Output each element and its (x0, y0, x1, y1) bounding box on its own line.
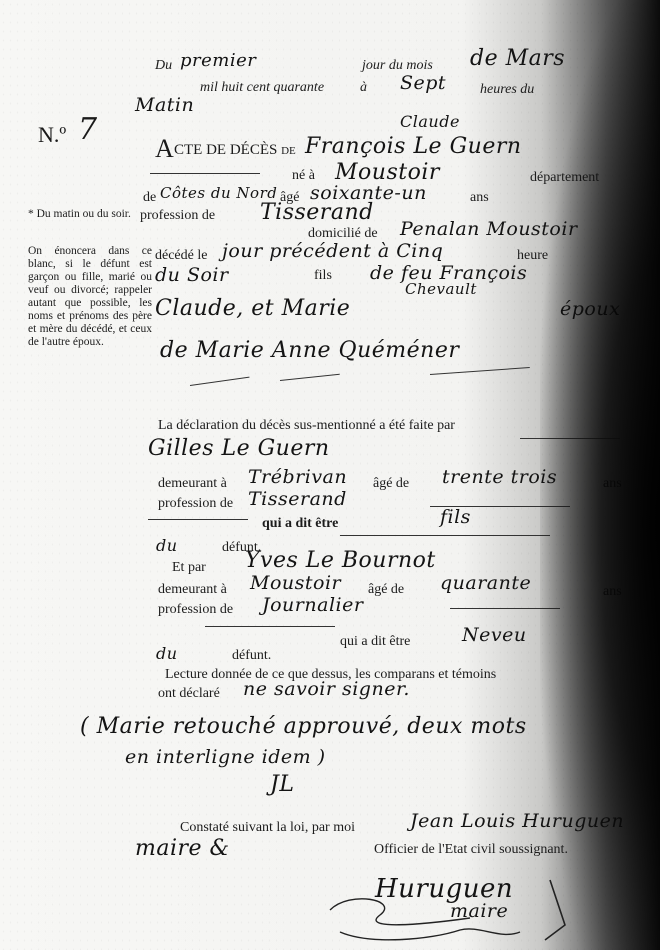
signature-flourish (310, 870, 590, 950)
header-du-label: Du (155, 58, 172, 74)
constate-label: Constaté suivant la loi, par moi (180, 820, 355, 836)
officier-label: Officier de l'Etat civil soussignant. (374, 842, 568, 858)
officer-name-hand: Jean Louis Huruguen (410, 810, 624, 832)
parents-insert-hand: Chevault (405, 280, 477, 298)
declarant1-age-label: âgé de (373, 476, 409, 492)
deceased-name-insert: Claude (400, 112, 460, 131)
declarant1-relation-label: qui a dit être (262, 516, 338, 532)
header-heures-label: heures du (480, 82, 534, 98)
declarant2-du-hand: du (156, 644, 178, 663)
fill-line (205, 626, 335, 627)
annotation-line2-hand: en interligne idem ) (125, 746, 326, 768)
act-number-value: 7 (78, 112, 97, 147)
declarant1-profession-hand: Tisserand (248, 488, 347, 510)
declarant2-relation-hand: Neveu (462, 624, 527, 646)
domicile-hand: Penalan Moustoir (400, 218, 578, 240)
fill-line (190, 377, 250, 386)
declarant2-profession-hand: Journalier (262, 594, 363, 616)
profession-hand: Tisserand (260, 200, 374, 225)
declarant1-profession-label: profession de (158, 496, 233, 512)
declarant2-name-hand: Yves Le Bournot (245, 548, 436, 573)
declarant2-residence-hand: Moustoir (250, 572, 341, 594)
fill-line (340, 535, 550, 536)
fill-line (450, 608, 560, 609)
declarant1-ans-label: ans (603, 476, 622, 492)
de-label: de (143, 190, 156, 206)
declarant1-relation-hand: fils (440, 506, 471, 528)
declaration-intro: La déclaration du décès sus-mentionné a … (158, 418, 455, 434)
header-a-label: à (360, 80, 367, 96)
margin-note-asterisk: * Du matin ou du soir. (28, 208, 148, 221)
title-text: CTE DE DÉCÈS de (174, 142, 296, 159)
fill-line (148, 519, 248, 520)
header-month-hand: de Mars (470, 46, 565, 71)
declarant2-age-label: âgé de (368, 582, 404, 598)
declarant2-et-par-label: Et par (172, 560, 206, 576)
reading-line2-hand: ne savoir signer. (243, 678, 410, 700)
title-underline (150, 173, 260, 174)
death-date-hand: jour précédent à Cinq (222, 240, 443, 262)
declarant2-relation-label: qui a dit être (340, 634, 410, 650)
header-hour-hand: Sept (400, 72, 446, 94)
page-gutter-shadow (540, 0, 660, 950)
parents-line3-hand: de Marie Anne Quéméner (160, 338, 459, 363)
deceased-name-hand: François Le Guern (305, 134, 522, 159)
parents-line2-end-hand: époux (560, 298, 620, 320)
declarant2-age-hand: quarante (440, 572, 531, 594)
fill-line (280, 374, 340, 381)
declarant2-profession-label: profession de (158, 602, 233, 618)
declarant2-defunt-label: défunt. (232, 648, 271, 664)
fill-line (430, 367, 530, 375)
declarant2-ans-label: ans (603, 584, 622, 600)
declarant1-residence-hand: Trébrivan (248, 466, 347, 488)
declarant1-name-hand: Gilles Le Guern (148, 436, 330, 461)
profession-label: profession de (140, 208, 215, 224)
header-day-hand: premier (180, 50, 256, 71)
parents-line2-hand: Claude, et Marie (155, 296, 350, 321)
declarant1-age-hand: trente trois (442, 466, 557, 488)
maire-hand: maire & (135, 836, 230, 861)
margin-note-instruction: On énoncera dans ce blanc, si le défunt … (28, 245, 152, 349)
annotation-initials-hand: JL (270, 772, 294, 797)
departement-label: département (530, 170, 599, 186)
document-page: Du premier jour du mois de Mars mil huit… (0, 0, 660, 950)
decede-label: décédé le (155, 248, 207, 264)
fils-label: fils (314, 268, 332, 284)
fill-line (520, 438, 620, 439)
declarant2-demeurant-label: demeurant à (158, 582, 227, 598)
ans-label: ans (470, 190, 489, 206)
act-number-label: N.º (38, 122, 66, 148)
header-year-printed: mil huit cent quarante (200, 80, 324, 96)
header-time-of-day-hand: Matin (135, 94, 194, 116)
annotation-line1-hand: ( Marie retouché approuvé, deux mots (80, 714, 527, 739)
time-hand: du Soir (155, 264, 229, 286)
declarant1-du-hand: du (156, 536, 178, 555)
declarant1-demeurant-label: demeurant à (158, 476, 227, 492)
reading-line2-label: ont déclaré (158, 686, 220, 702)
title-initial: A (155, 134, 174, 164)
